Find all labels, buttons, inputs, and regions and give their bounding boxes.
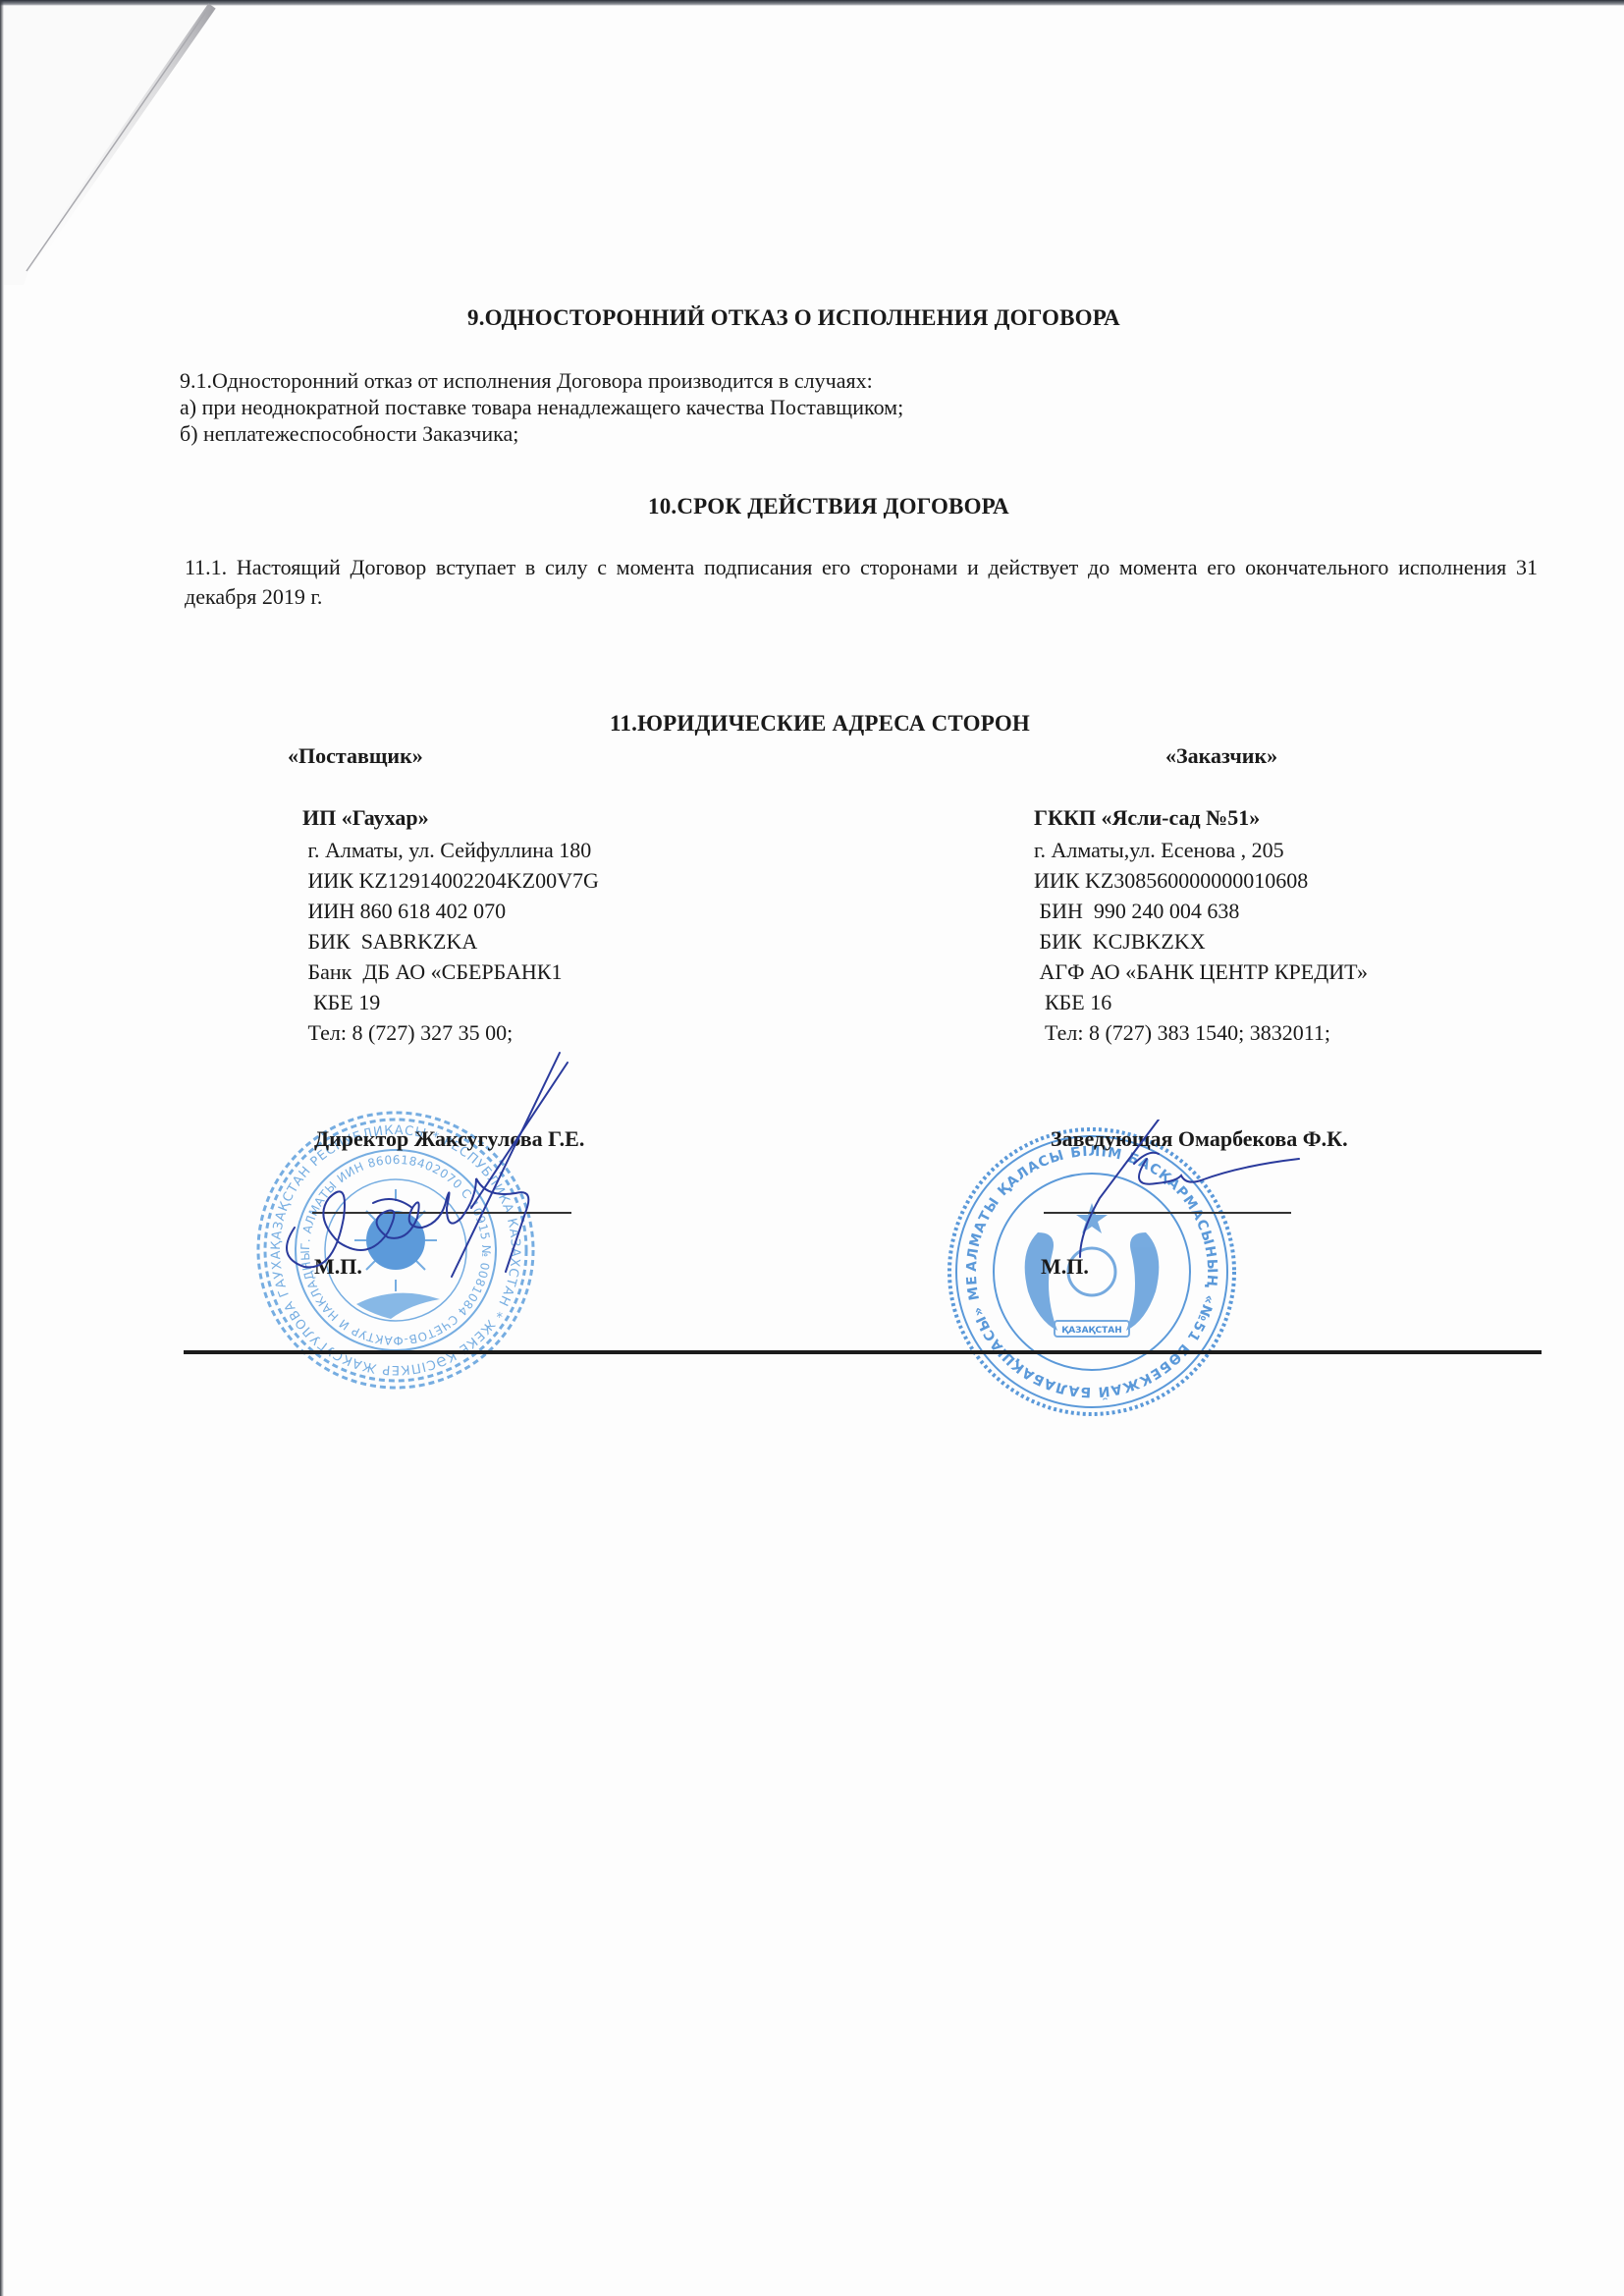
clause-9-1-a: а) при неоднократной поставке товара нен… [180, 394, 903, 420]
supplier-signature-line [312, 1212, 571, 1214]
supplier-name: ИП «Гаухар» [302, 805, 599, 831]
customer-block: ГККП «Ясли-сад №51» г. Алматы,ул. Есенов… [1034, 805, 1368, 1048]
customer-name: ГККП «Ясли-сад №51» [1034, 805, 1368, 831]
customer-signature-line [1044, 1212, 1291, 1214]
customer-bank: АГФ АО «БАНК ЦЕНТР КРЕДИТ» [1034, 957, 1368, 987]
section-10-heading: 10.СРОК ДЕЙСТВИЯ ДОГОВОРА [648, 494, 1009, 519]
supplier-seal-label: М.П. [314, 1254, 362, 1280]
section-11-heading: 11.ЮРИДИЧЕСКИЕ АДРЕСА СТОРОН [610, 711, 1030, 737]
customer-bik: БИК KCJBKZKX [1034, 926, 1368, 957]
scan-edge-left [0, 0, 4, 2296]
clause-9-1: 9.1.Односторонний отказ от исполнения До… [180, 367, 903, 394]
supplier-block: ИП «Гаухар» г. Алматы, ул. Сейфуллина 18… [302, 805, 599, 1048]
supplier-iin: ИИН 860 618 402 070 [302, 896, 599, 926]
supplier-bik: БИК SABRKZKA [302, 926, 599, 957]
page-bottom-rule [184, 1350, 1542, 1354]
customer-signatory: Заведующая Омарбекова Ф.К. [1051, 1126, 1348, 1152]
customer-iik: ИИК KZ308560000000010608 [1034, 865, 1368, 896]
supplier-kbe: КБЕ 19 [302, 987, 599, 1017]
supplier-bank: Банк ДБ АО «СБЕРБАНК1 [302, 957, 599, 987]
folded-corner [0, 0, 226, 285]
customer-stamp: АЛМАТЫ ҚАЛАСЫ БІЛІМ БАСҚАРМАСЫНЫҢ «№51 Б… [945, 1124, 1239, 1419]
customer-role-label: «Заказчик» [1165, 743, 1277, 769]
scan-edge-top [0, 0, 1624, 6]
svg-text:ҚАЗАҚСТАН: ҚАЗАҚСТАН [1061, 1326, 1122, 1336]
supplier-phone: Тел: 8 (727) 327 35 00; [302, 1017, 599, 1048]
customer-seal-label: М.П. [1041, 1254, 1089, 1280]
supplier-details: г. Алматы, ул. Сейфуллина 180 ИИК KZ1291… [302, 835, 599, 1048]
clause-11-1: 11.1. Настоящий Договор вступает в силу … [185, 553, 1538, 612]
customer-phone: Тел: 8 (727) 383 1540; 3832011; [1034, 1017, 1368, 1048]
clause-9-1-b: б) неплатежеспособности Заказчика; [180, 420, 903, 447]
supplier-signatory: Директор Жаксугулова Г.Е. [314, 1126, 584, 1152]
supplier-iik: ИИК KZ12914002204KZ00V7G [302, 865, 599, 896]
supplier-address: г. Алматы, ул. Сейфуллина 180 [302, 835, 599, 865]
customer-address: г. Алматы,ул. Есенова , 205 [1034, 835, 1368, 865]
supplier-role-label: «Поставщик» [288, 743, 423, 769]
section-9-heading: 9.ОДНОСТОРОННИЙ ОТКАЗ О ИСПОЛНЕНИЯ ДОГОВ… [467, 305, 1120, 331]
customer-bin: БИН 990 240 004 638 [1034, 896, 1368, 926]
customer-details: г. Алматы,ул. Есенова , 205 ИИК KZ308560… [1034, 835, 1368, 1048]
section-9-clause: 9.1.Односторонний отказ от исполнения До… [180, 367, 903, 447]
customer-kbe: КБЕ 16 [1034, 987, 1368, 1017]
